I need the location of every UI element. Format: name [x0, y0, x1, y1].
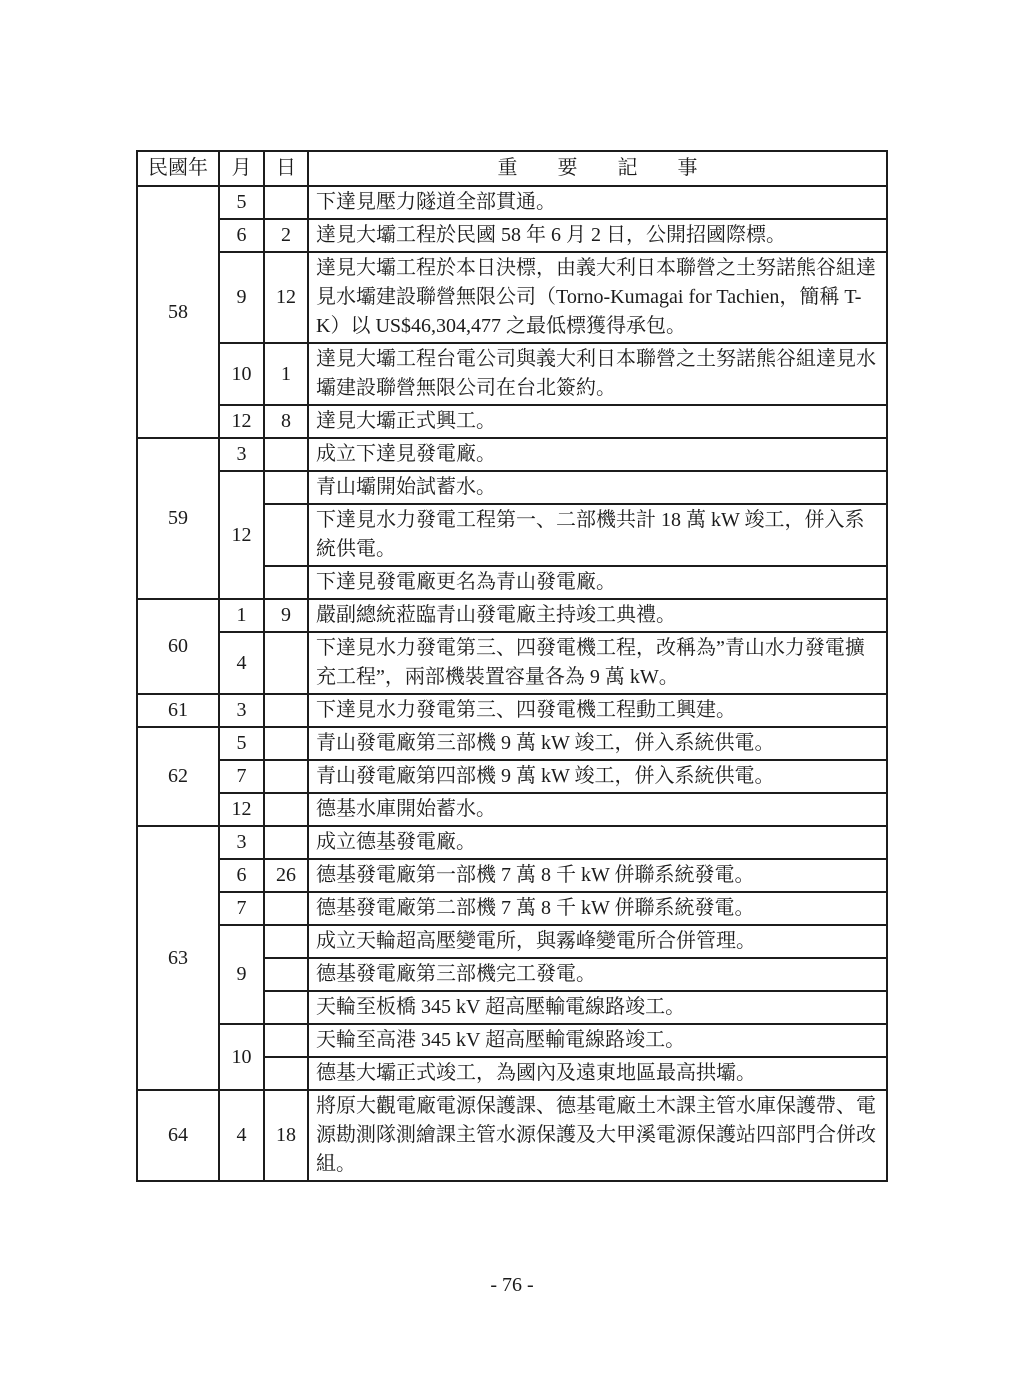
- month-cell: 3: [219, 438, 264, 471]
- event-row: 6019嚴副總統蒞臨青山發電廠主持竣工典禮。: [137, 599, 887, 632]
- header-row: 民國年 月 日 重 要 記 事: [137, 151, 887, 186]
- day-cell: [264, 1024, 308, 1057]
- event-cell: 青山壩開始試蓄水。: [308, 471, 887, 504]
- month-cell: 12: [219, 405, 264, 438]
- event-row: 585下達見壓力隧道全部貫通。: [137, 186, 887, 219]
- event-row: 613下達見水力發電第三、四發電機工程動工興建。: [137, 694, 887, 727]
- chronology-table: 民國年 月 日 重 要 記 事 585下達見壓力隧道全部貫通。62達見大壩工程於…: [136, 150, 888, 1182]
- day-cell: [264, 826, 308, 859]
- day-cell: [264, 694, 308, 727]
- day-cell: [264, 566, 308, 599]
- event-cell: 嚴副總統蒞臨青山發電廠主持竣工典禮。: [308, 599, 887, 632]
- year-cell: 63: [137, 826, 219, 1090]
- event-row: 633成立德基發電廠。: [137, 826, 887, 859]
- year-cell: 60: [137, 599, 219, 694]
- event-cell: 達見大壩工程台電公司與義大利日本聯營之土努諾熊谷組達見水壩建設聯營無限公司在台北…: [308, 343, 887, 405]
- header-month: 月: [219, 151, 264, 186]
- event-row: 626德基發電廠第一部機 7 萬 8 千 kW 併聯系統發電。: [137, 859, 887, 892]
- day-cell: [264, 958, 308, 991]
- event-row: 4下達見水力發電第三、四發電機工程，改稱為”青山水力發電擴充工程”，兩部機裝置容…: [137, 632, 887, 694]
- day-cell: [264, 504, 308, 566]
- event-cell: 德基發電廠第二部機 7 萬 8 千 kW 併聯系統發電。: [308, 892, 887, 925]
- month-cell: 7: [219, 892, 264, 925]
- event-row: 625青山發電廠第三部機 9 萬 kW 竣工，併入系統供電。: [137, 727, 887, 760]
- chronology-table-container: 民國年 月 日 重 要 記 事 585下達見壓力隧道全部貫通。62達見大壩工程於…: [136, 150, 888, 1182]
- year-cell: 58: [137, 186, 219, 438]
- event-cell: 天輪至高港 345 kV 超高壓輸電線路竣工。: [308, 1024, 887, 1057]
- event-row: 593成立下達見發電廠。: [137, 438, 887, 471]
- month-cell: 3: [219, 826, 264, 859]
- event-cell: 下達見水力發電工程第一、二部機共計 18 萬 kW 竣工，併入系統供電。: [308, 504, 887, 566]
- event-row: 128達見大壩正式興工。: [137, 405, 887, 438]
- event-cell: 達見大壩工程於民國 58 年 6 月 2 日，公開招國際標。: [308, 219, 887, 252]
- month-cell: 3: [219, 694, 264, 727]
- day-cell: [264, 991, 308, 1024]
- month-cell: 5: [219, 186, 264, 219]
- event-row: 12青山壩開始試蓄水。: [137, 471, 887, 504]
- event-row: 62達見大壩工程於民國 58 年 6 月 2 日，公開招國際標。: [137, 219, 887, 252]
- event-row: 7青山發電廠第四部機 9 萬 kW 竣工，併入系統供電。: [137, 760, 887, 793]
- year-cell: 62: [137, 727, 219, 826]
- day-cell: [264, 760, 308, 793]
- month-cell: 6: [219, 859, 264, 892]
- event-cell: 德基水庫開始蓄水。: [308, 793, 887, 826]
- month-cell: 4: [219, 632, 264, 694]
- day-cell: [264, 632, 308, 694]
- header-day: 日: [264, 151, 308, 186]
- day-cell: 18: [264, 1090, 308, 1181]
- day-cell: 1: [264, 343, 308, 405]
- event-row: 101達見大壩工程台電公司與義大利日本聯營之土努諾熊谷組達見水壩建設聯營無限公司…: [137, 343, 887, 405]
- day-cell: [264, 438, 308, 471]
- event-row: 7德基發電廠第二部機 7 萬 8 千 kW 併聯系統發電。: [137, 892, 887, 925]
- day-cell: [264, 793, 308, 826]
- month-cell: 10: [219, 1024, 264, 1090]
- day-cell: [264, 471, 308, 504]
- event-cell: 德基發電廠第三部機完工發電。: [308, 958, 887, 991]
- month-cell: 12: [219, 471, 264, 599]
- day-cell: 8: [264, 405, 308, 438]
- event-cell: 青山發電廠第四部機 9 萬 kW 竣工，併入系統供電。: [308, 760, 887, 793]
- event-cell: 將原大觀電廠電源保護課、德基電廠土木課主管水庫保護帶、電源勘測隊測繪課主管水源保…: [308, 1090, 887, 1181]
- event-cell: 德基發電廠第一部機 7 萬 8 千 kW 併聯系統發電。: [308, 859, 887, 892]
- month-cell: 9: [219, 252, 264, 343]
- day-cell: [264, 727, 308, 760]
- day-cell: [264, 1057, 308, 1090]
- event-cell: 達見大壩正式興工。: [308, 405, 887, 438]
- header-year: 民國年: [137, 151, 219, 186]
- year-cell: 64: [137, 1090, 219, 1181]
- day-cell: 9: [264, 599, 308, 632]
- header-event: 重 要 記 事: [308, 151, 887, 186]
- month-cell: 5: [219, 727, 264, 760]
- event-row: 912達見大壩工程於本日決標，由義大利日本聯營之土努諾熊谷組達見水壩建設聯營無限…: [137, 252, 887, 343]
- year-cell: 61: [137, 694, 219, 727]
- event-row: 9成立天輪超高壓變電所，與霧峰變電所合併管理。: [137, 925, 887, 958]
- event-row: 10天輪至高港 345 kV 超高壓輸電線路竣工。: [137, 1024, 887, 1057]
- month-cell: 10: [219, 343, 264, 405]
- day-cell: 12: [264, 252, 308, 343]
- event-cell: 成立德基發電廠。: [308, 826, 887, 859]
- page-number: - 76 -: [0, 1274, 1024, 1297]
- day-cell: [264, 892, 308, 925]
- month-cell: 1: [219, 599, 264, 632]
- event-cell: 德基大壩正式竣工，為國內及遠東地區最高拱壩。: [308, 1057, 887, 1090]
- event-cell: 下達見壓力隧道全部貫通。: [308, 186, 887, 219]
- event-cell: 成立下達見發電廠。: [308, 438, 887, 471]
- event-cell: 天輪至板橋 345 kV 超高壓輸電線路竣工。: [308, 991, 887, 1024]
- event-cell: 成立天輪超高壓變電所，與霧峰變電所合併管理。: [308, 925, 887, 958]
- day-cell: 26: [264, 859, 308, 892]
- event-cell: 下達見水力發電第三、四發電機工程，改稱為”青山水力發電擴充工程”，兩部機裝置容量…: [308, 632, 887, 694]
- day-cell: 2: [264, 219, 308, 252]
- year-cell: 59: [137, 438, 219, 599]
- event-row: 12德基水庫開始蓄水。: [137, 793, 887, 826]
- month-cell: 4: [219, 1090, 264, 1181]
- day-cell: [264, 186, 308, 219]
- day-cell: [264, 925, 308, 958]
- month-cell: 12: [219, 793, 264, 826]
- month-cell: 9: [219, 925, 264, 1024]
- event-row: 64418將原大觀電廠電源保護課、德基電廠土木課主管水庫保護帶、電源勘測隊測繪課…: [137, 1090, 887, 1181]
- month-cell: 7: [219, 760, 264, 793]
- event-cell: 下達見發電廠更名為青山發電廠。: [308, 566, 887, 599]
- event-cell: 下達見水力發電第三、四發電機工程動工興建。: [308, 694, 887, 727]
- event-cell: 青山發電廠第三部機 9 萬 kW 竣工，併入系統供電。: [308, 727, 887, 760]
- month-cell: 6: [219, 219, 264, 252]
- event-cell: 達見大壩工程於本日決標，由義大利日本聯營之土努諾熊谷組達見水壩建設聯營無限公司（…: [308, 252, 887, 343]
